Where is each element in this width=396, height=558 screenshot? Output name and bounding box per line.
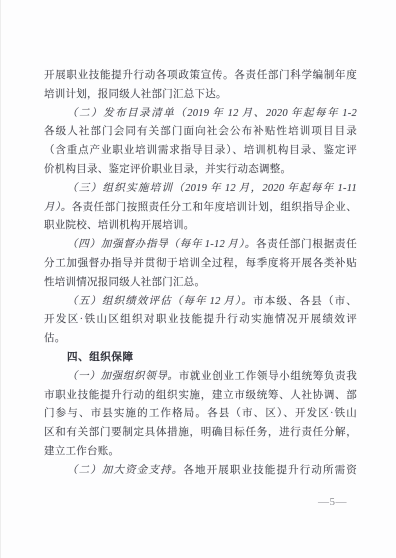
text-line: 门参与、市县实施的工作格局。各县（市、区）、开发区·铁山 — [44, 405, 357, 424]
line-lead-text: （三）组织实施培训（2019 年 12 月，2020 年起每年 1-11 — [67, 183, 357, 194]
section-heading: 四、组织保障 — [44, 349, 357, 368]
line-body-text: 市就业创业工作领导小组统筹负责我 — [179, 371, 357, 382]
text-line: 各级人社部门会同有关部门面向社会公布补贴性培训项目目录 — [44, 123, 357, 142]
line-body-text: 开展职业技能提升行动各项政策宣传。各责任部门科学编制年度 — [44, 70, 357, 81]
text-line: 价机构目录、鉴定评价职业目录，并实行动态调整。 — [44, 161, 357, 180]
text-line: 市职业技能提升行动的组织实施，建立市级统筹、人社协调、部 — [44, 387, 357, 406]
line-lead-text: 月）。 — [44, 202, 72, 213]
text-line: 开展职业技能提升行动各项政策宣传。各责任部门科学编制年度 — [44, 67, 357, 86]
line-body-text: 性培训情况报同级人社部门汇总。 — [44, 277, 205, 288]
text-line: 月）。各责任部门按照责任分工和年度培训计划，组织指导企业、 — [44, 199, 357, 218]
page-number: —5— — [318, 495, 347, 509]
text-block: 开展职业技能提升行动各项政策宣传。各责任部门科学编制年度 培训计划，报同级人社部… — [44, 67, 357, 481]
text-line: （三）组织实施培训（2019 年 12 月，2020 年起每年 1-11 — [44, 180, 357, 199]
text-line: 职业院校、培训机构开展培训。 — [44, 217, 357, 236]
text-line: 区和有关部门要制定具体措施，明确目标任务，进行责任分解， — [44, 424, 357, 443]
text-line: （二）加大资金支持。各地开展职业技能提升行动所需资金， — [44, 462, 357, 481]
line-body-text: 开发区·铁山区组织对职业技能提升行动实施情况开展绩效评 — [44, 314, 357, 325]
line-body-text: 分工加强督办指导并贯彻于培训全过程，每季度将开展各类补贴 — [44, 258, 357, 269]
line-lead-text: （二）发布目录清单（2019 年 12 月、2020 年起每年 1-2 月）。 — [67, 108, 357, 124]
line-lead-text: （四）加强督办指导（每年 1-12 月）。 — [67, 239, 256, 250]
text-line: 性培训情况报同级人社部门汇总。 — [44, 274, 357, 293]
line-body-text: 各责任部门按照责任分工和年度培训计划，组织指导企业、 — [72, 202, 357, 213]
text-line: 分工加强督办指导并贯彻于培训全过程，每季度将开展各类补贴 — [44, 255, 357, 274]
line-lead-text: （五）组织绩效评估（每年 12 月）。 — [67, 296, 253, 307]
text-line: 建立工作台账。 — [44, 443, 357, 462]
line-body-text: 价机构目录、鉴定评价职业目录，并实行动态调整。 — [44, 164, 291, 175]
text-line: 估。 — [44, 330, 357, 349]
line-body-text: （含重点产业职业培训需求指导目录）、培训机构目录、鉴定评 — [44, 145, 357, 156]
text-line: （二）发布目录清单（2019 年 12 月、2020 年起每年 1-2 月）。 — [44, 105, 357, 124]
document-page: 开展职业技能提升行动各项政策宣传。各责任部门科学编制年度 培训计划，报同级人社部… — [0, 0, 396, 558]
line-body-text: 职业院校、培训机构开展培训。 — [44, 220, 195, 231]
text-line: （一）加强组织领导。市就业创业工作领导小组统筹负责我 — [44, 368, 357, 387]
line-body-text: 建立工作台账。 — [44, 446, 119, 457]
line-body-text: 区和有关部门要制定具体措施，明确目标任务，进行责任分解， — [44, 427, 357, 438]
line-body-text: 各责任部门根据责任 — [256, 239, 357, 250]
line-body-text: 估。 — [44, 333, 66, 344]
section-heading-text: 四、组织保障 — [67, 352, 134, 363]
text-line: （四）加强督办指导（每年 1-12 月）。各责任部门根据责任 — [44, 236, 357, 255]
line-body-text: 市职业技能提升行动的组织实施，建立市级统筹、人社协调、部 — [44, 390, 357, 401]
text-line: （含重点产业职业培训需求指导目录）、培训机构目录、鉴定评 — [44, 142, 357, 161]
scan-edge-artifact — [0, 0, 1, 558]
text-line: 开发区·铁山区组织对职业技能提升行动实施情况开展绩效评 — [44, 311, 357, 330]
line-lead-text: （二）加大资金支持。 — [67, 465, 183, 476]
line-body-text: 各级人社部门会同有关部门面向社会公布补贴性培训项目目录 — [44, 126, 357, 137]
text-line: （五）组织绩效评估（每年 12 月）。市本级、各县（市、区）、 — [44, 293, 357, 312]
line-body-text: 培训计划，报同级人社部门汇总下达。 — [44, 89, 227, 100]
text-line: 培训计划，报同级人社部门汇总下达。 — [44, 86, 357, 105]
line-body-text: 门参与、市县实施的工作格局。各县（市、区）、开发区·铁山 — [44, 408, 357, 419]
line-lead-text: （一）加强组织领导。 — [67, 371, 179, 382]
